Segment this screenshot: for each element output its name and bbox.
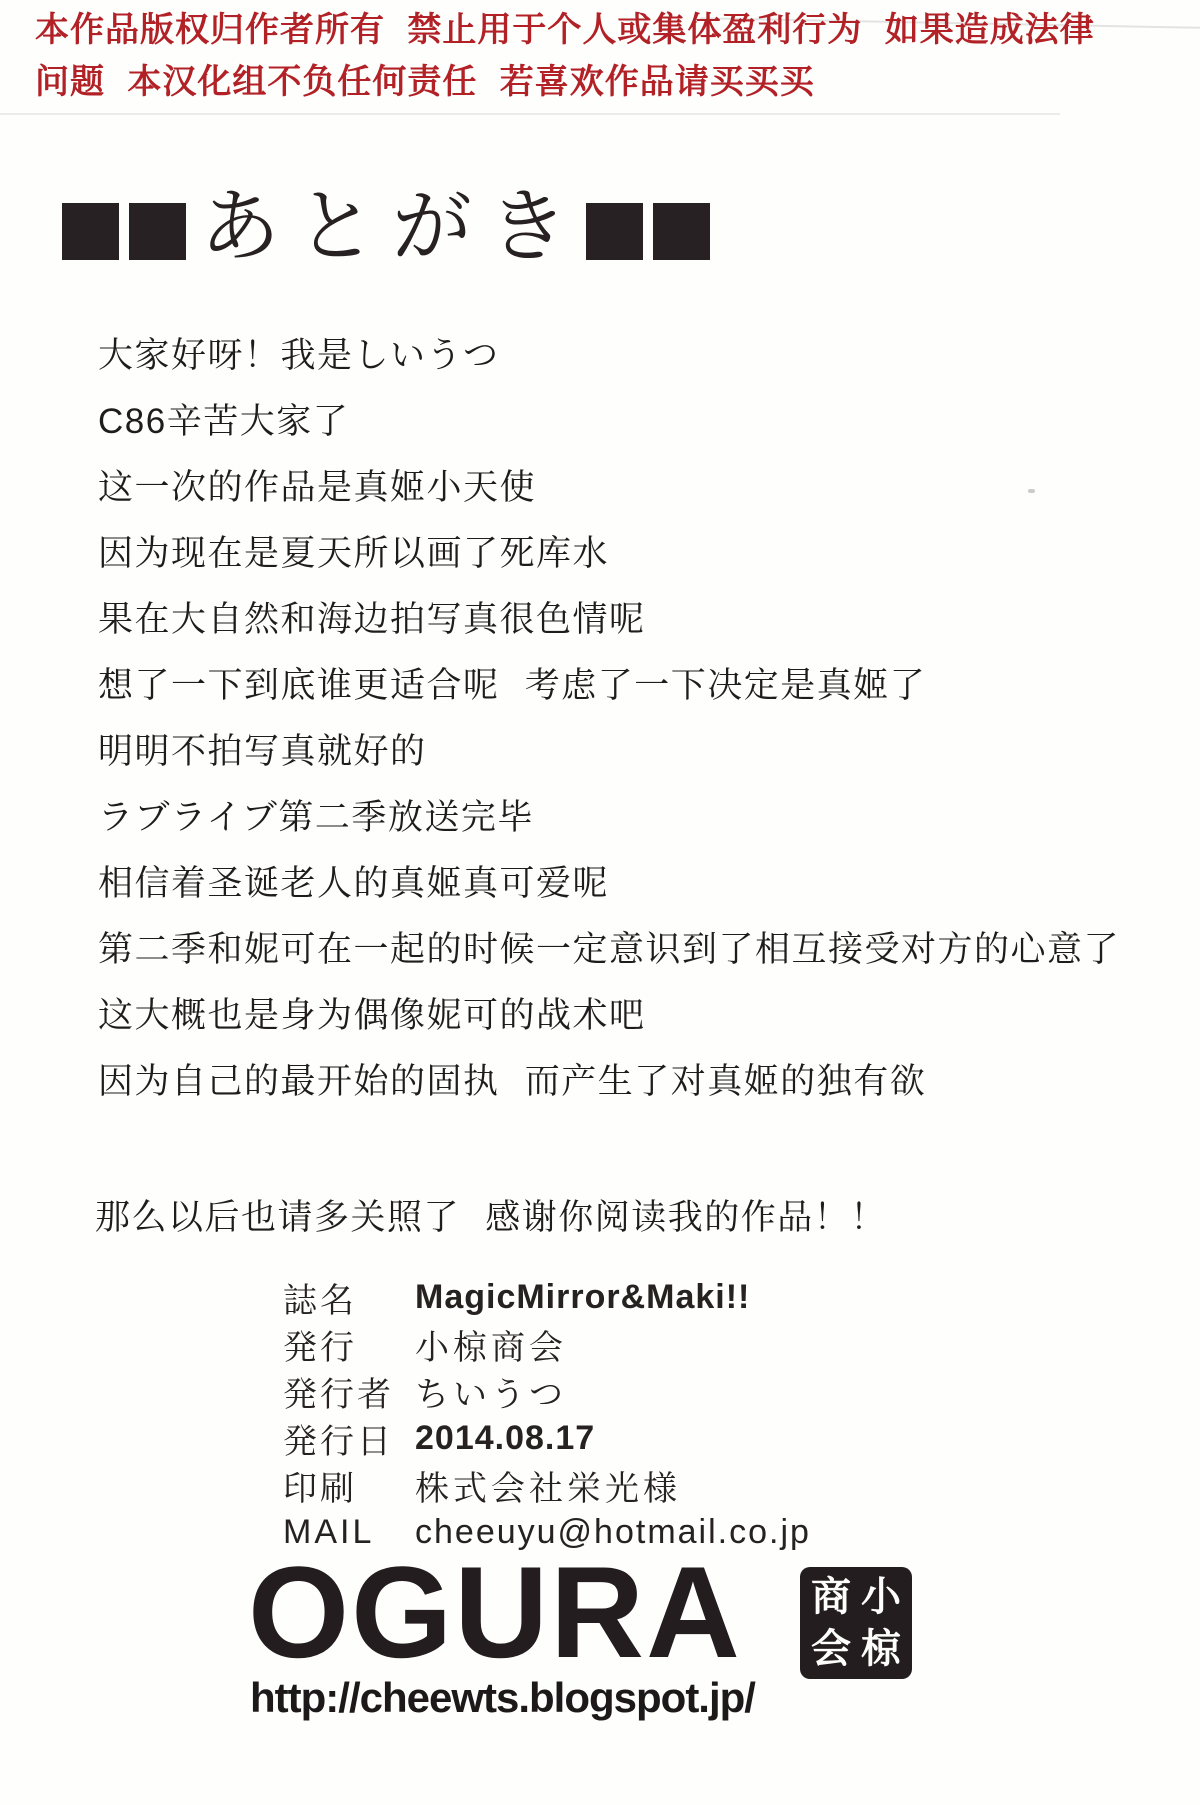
colophon-label: 印刷 bbox=[283, 1461, 415, 1510]
body-line: 相信着圣诞老人的真姬真可爱呢 bbox=[98, 848, 1160, 914]
blog-url: http://cheewts.blogspot.jp/ bbox=[250, 1674, 755, 1722]
colophon-row-date: 発行日 2014.08.17 bbox=[283, 1415, 811, 1462]
colophon-value-book-title: MagicMirror&Maki!! bbox=[415, 1278, 750, 1317]
black-square-icon bbox=[653, 203, 710, 260]
circle-seal-stamp: 小椋 商会 bbox=[800, 1567, 912, 1679]
colophon-label: 発行者 bbox=[283, 1367, 415, 1416]
body-line: 大家好呀！我是しいうつ bbox=[98, 320, 1160, 386]
disclaimer-line-2: 问题 本汉化组不负任何责任 若喜欢作品请买买买 bbox=[35, 56, 1180, 108]
body-line: 因为自己的最开始的固执 而产生了对真姬的独有欲 bbox=[98, 1046, 1160, 1112]
closing-line: 那么以后也请多关照了 感谢你阅读我的作品！！ bbox=[95, 1190, 887, 1240]
colophon-row-printer: 印刷 株式会社栄光様 bbox=[283, 1462, 811, 1509]
afterword-body: 大家好呀！我是しいうつ C86辛苦大家了 这一次的作品是真姬小天使 因为现在是夏… bbox=[98, 320, 1160, 1112]
black-square-icon bbox=[586, 203, 643, 260]
colophon-row-title: 誌名 MagicMirror&Maki!! bbox=[283, 1274, 811, 1321]
colophon-value-author: ちいうつ bbox=[415, 1367, 567, 1416]
colophon-value-publisher: 小椋商会 bbox=[415, 1320, 567, 1369]
colophon-value-printer: 株式会社栄光様 bbox=[415, 1461, 681, 1510]
colophon-label: 発行 bbox=[283, 1320, 415, 1369]
circle-logo-ogura: OGURA bbox=[248, 1552, 742, 1672]
black-square-icon bbox=[129, 203, 186, 260]
body-line: 因为现在是夏天所以画了死库水 bbox=[98, 518, 1160, 584]
disclaimer-line-1: 本作品版权归作者所有 禁止用于个人或集体盈利行为 如果造成法律 bbox=[35, 4, 1180, 56]
black-square-icon bbox=[62, 203, 119, 260]
body-line: ラブライブ第二季放送完毕 bbox=[98, 782, 1160, 848]
colophon: 誌名 MagicMirror&Maki!! 発行 小椋商会 発行者 ちいうつ 発… bbox=[283, 1274, 811, 1556]
afterword-title-text: あとがき bbox=[200, 187, 584, 267]
colophon-label: 発行日 bbox=[283, 1414, 415, 1463]
body-line: 明明不拍写真就好的 bbox=[98, 716, 1160, 782]
colophon-row-author: 発行者 ちいうつ bbox=[283, 1368, 811, 1415]
colophon-row-publisher: 発行 小椋商会 bbox=[283, 1321, 811, 1368]
body-line: 第二季和妮可在一起的时候一定意识到了相互接受对方的心意了 bbox=[98, 914, 1160, 980]
stamp-right-column: 小椋 bbox=[856, 1571, 906, 1675]
body-line: 想了一下到底谁更适合呢 考虑了一下决定是真姬了 bbox=[98, 650, 1160, 716]
scan-artifact-line bbox=[0, 113, 1060, 115]
copyright-disclaimer: 本作品版权归作者所有 禁止用于个人或集体盈利行为 如果造成法律 问题 本汉化组不… bbox=[35, 4, 1180, 108]
scanned-afterword-page: 本作品版权归作者所有 禁止用于个人或集体盈利行为 如果造成法律 问题 本汉化组不… bbox=[0, 0, 1200, 1805]
body-line: 这大概也是身为偶像妮可的战术吧 bbox=[98, 980, 1160, 1046]
body-line: 果在大自然和海边拍写真很色情呢 bbox=[98, 584, 1160, 650]
stamp-left-column: 商会 bbox=[806, 1571, 856, 1675]
colophon-value-date: 2014.08.17 bbox=[415, 1419, 595, 1458]
colophon-label: 誌名 bbox=[283, 1273, 415, 1322]
body-line: 这一次的作品是真姬小天使 bbox=[98, 452, 1160, 518]
afterword-title: あとがき bbox=[62, 188, 710, 274]
body-line: C86辛苦大家了 bbox=[98, 386, 1160, 452]
